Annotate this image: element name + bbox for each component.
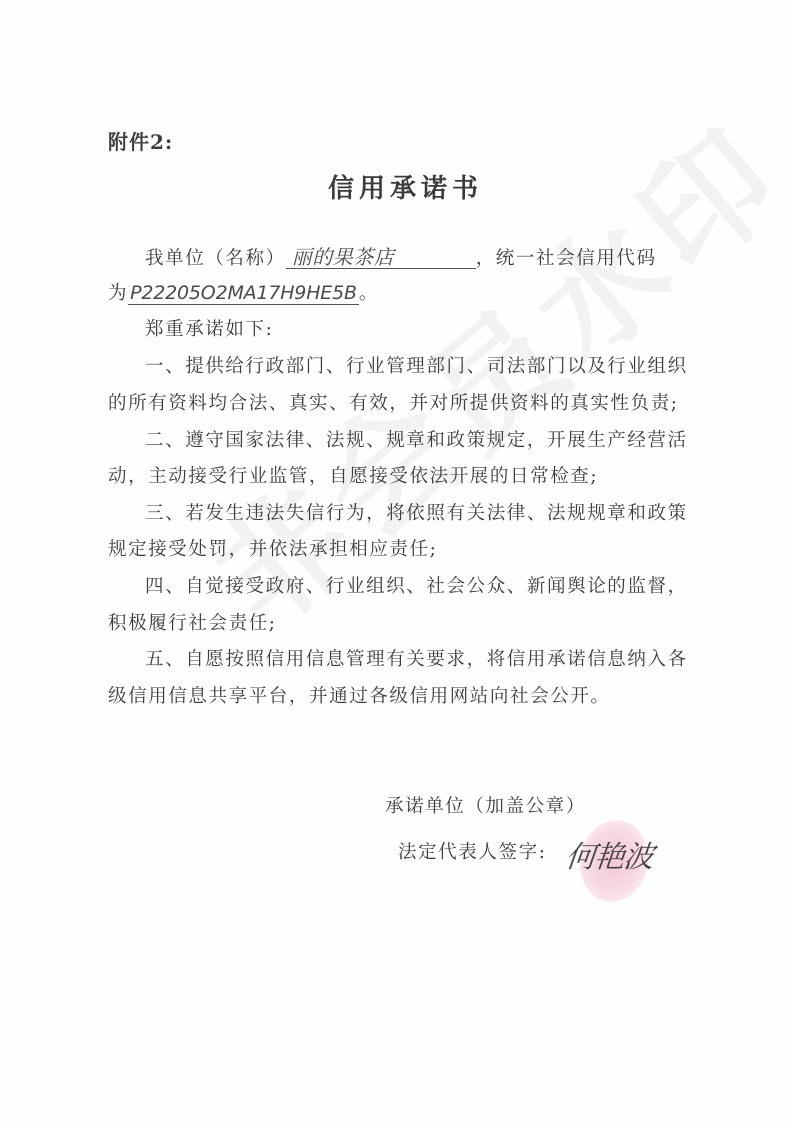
pledge-2-line-2: 动，主动接受行业监管，自愿接受依法开展的日常检查; — [108, 465, 694, 489]
pledge-3-line-1: 三、若发生违法失信行为，将依照有关法律、法规规章和政策 — [108, 502, 731, 526]
legal-rep-signature[interactable]: 何艳波 — [564, 832, 656, 876]
unit-name-field[interactable]: 丽的果茶店 — [286, 246, 476, 269]
legal-rep-label: 法定代表人签字: — [398, 838, 547, 864]
pledge-3-line-2: 规定接受处罚，并依法承担相应责任; — [108, 538, 694, 562]
pledge-2-line-1: 二、遵守国家法律、法规、规章和政策规定，开展生产经营活 — [108, 429, 731, 453]
attachment-label: 附件2: — [108, 126, 173, 155]
pledge-5-line-1: 五、自愿按照信用信息管理有关要求，将信用承诺信息纳入各 — [108, 648, 731, 672]
pledge-1-line-1: 一、提供给行政部门、行业管理部门、司法部门以及行业组织 — [108, 355, 731, 379]
pledge-5-line-2: 级信用信息共享平台，并通过各级信用网站向社会公开。 — [108, 685, 694, 709]
promising-unit-label: 承诺单位（加盖公章） — [385, 792, 586, 818]
credit-code-field[interactable]: P22205O2MA17H9HE5B — [128, 282, 359, 305]
intro-prefix: 我单位（名称） — [145, 248, 286, 269]
intro-line-1: 我单位（名称）丽的果茶店，统一社会信用代码 — [108, 246, 731, 271]
intro-suffix: ，统一社会信用代码 — [476, 248, 657, 269]
intro-line-2: 为P22205O2MA17H9HE5B。 — [108, 282, 694, 306]
document-title: 信用承诺书 — [0, 168, 793, 205]
code-suffix: 。 — [359, 283, 379, 304]
pledge-1-line-2: 的所有资料均合法、真实、有效，并对所提供资料的真实性负责; — [108, 392, 694, 416]
document-page: 非会员水印 附件2: 信用承诺书 我单位（名称）丽的果茶店，统一社会信用代码 为… — [0, 0, 793, 1122]
code-prefix: 为 — [108, 283, 128, 304]
pledge-4-line-2: 积极履行社会责任; — [108, 612, 694, 636]
pledge-heading: 郑重承诺如下: — [108, 318, 731, 342]
pledge-4-line-1: 四、自觉接受政府、行业组织、社会公众、新闻舆论的监督， — [108, 575, 731, 599]
